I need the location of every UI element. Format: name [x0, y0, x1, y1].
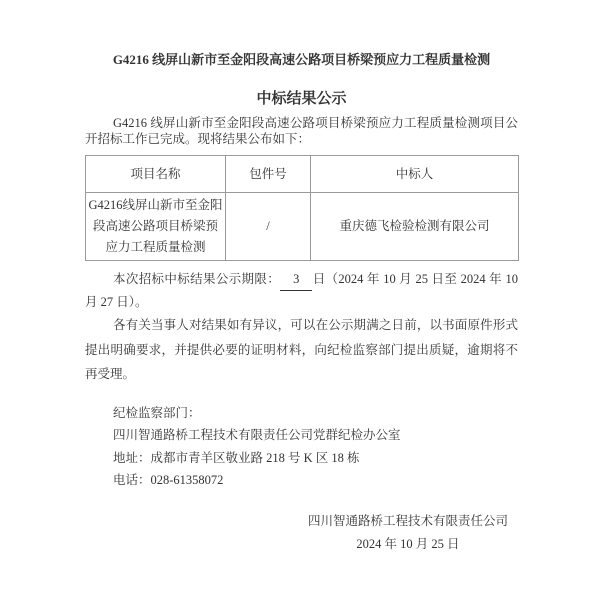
cell-project-name: G4216线屏山新市至金阳段高速公路项目桥梁预应力工程质量检测	[86, 193, 226, 261]
objection-paragraph: 各有关当事人对结果如有异议，可以在公示期满之日前，以书面原件形式提出明确要求，并…	[85, 313, 518, 387]
signature-company: 四川智通路桥工程技术有限责任公司	[308, 510, 508, 533]
contact-phone: 电话：028-61358072	[85, 469, 518, 492]
cell-package-number: /	[226, 193, 311, 261]
period-prefix: 本次招标中标结果公示期限：	[113, 272, 280, 286]
contact-address: 地址：成都市青羊区敬业路 218 号 K 区 18 栋	[85, 447, 518, 470]
contact-block: 纪检监察部门： 四川智通路桥工程技术有限责任公司党群纪检办公室 地址：成都市青羊…	[85, 402, 518, 492]
document-title: G4216 线屏山新市至金阳段高速公路项目桥梁预应力工程质量检测	[85, 50, 518, 70]
table-row: G4216线屏山新市至金阳段高速公路项目桥梁预应力工程质量检测 / 重庆德飞检验…	[86, 193, 519, 261]
publicity-period-paragraph: 本次招标中标结果公示期限：3日（2024 年 10 月 25 日至 2024 年…	[85, 268, 518, 313]
signature-date: 2024 年 10 月 25 日	[308, 533, 508, 556]
cell-winning-bidder: 重庆德飞检验检测有限公司	[311, 193, 519, 261]
column-header-package-number: 包件号	[226, 156, 311, 193]
table-header-row: 项目名称 包件号 中标人	[86, 156, 519, 193]
column-header-winning-bidder: 中标人	[311, 156, 519, 193]
discipline-dept-label: 纪检监察部门：	[85, 402, 518, 425]
bid-result-table: 项目名称 包件号 中标人 G4216线屏山新市至金阳段高速公路项目桥梁预应力工程…	[85, 155, 519, 261]
document-subtitle: 中标结果公示	[85, 91, 518, 107]
intro-paragraph: G4216 线屏山新市至金阳段高速公路项目桥梁预应力工程质量检测项目公开招标工作…	[85, 116, 518, 147]
discipline-office-name: 四川智通路桥工程技术有限责任公司党群纪检办公室	[85, 424, 518, 447]
signature-block: 四川智通路桥工程技术有限责任公司 2024 年 10 月 25 日	[308, 510, 508, 556]
announcement-page: G4216 线屏山新市至金阳段高速公路项目桥梁预应力工程质量检测 中标结果公示 …	[0, 0, 600, 605]
period-days-value: 3	[280, 268, 312, 291]
column-header-project-name: 项目名称	[86, 156, 226, 193]
